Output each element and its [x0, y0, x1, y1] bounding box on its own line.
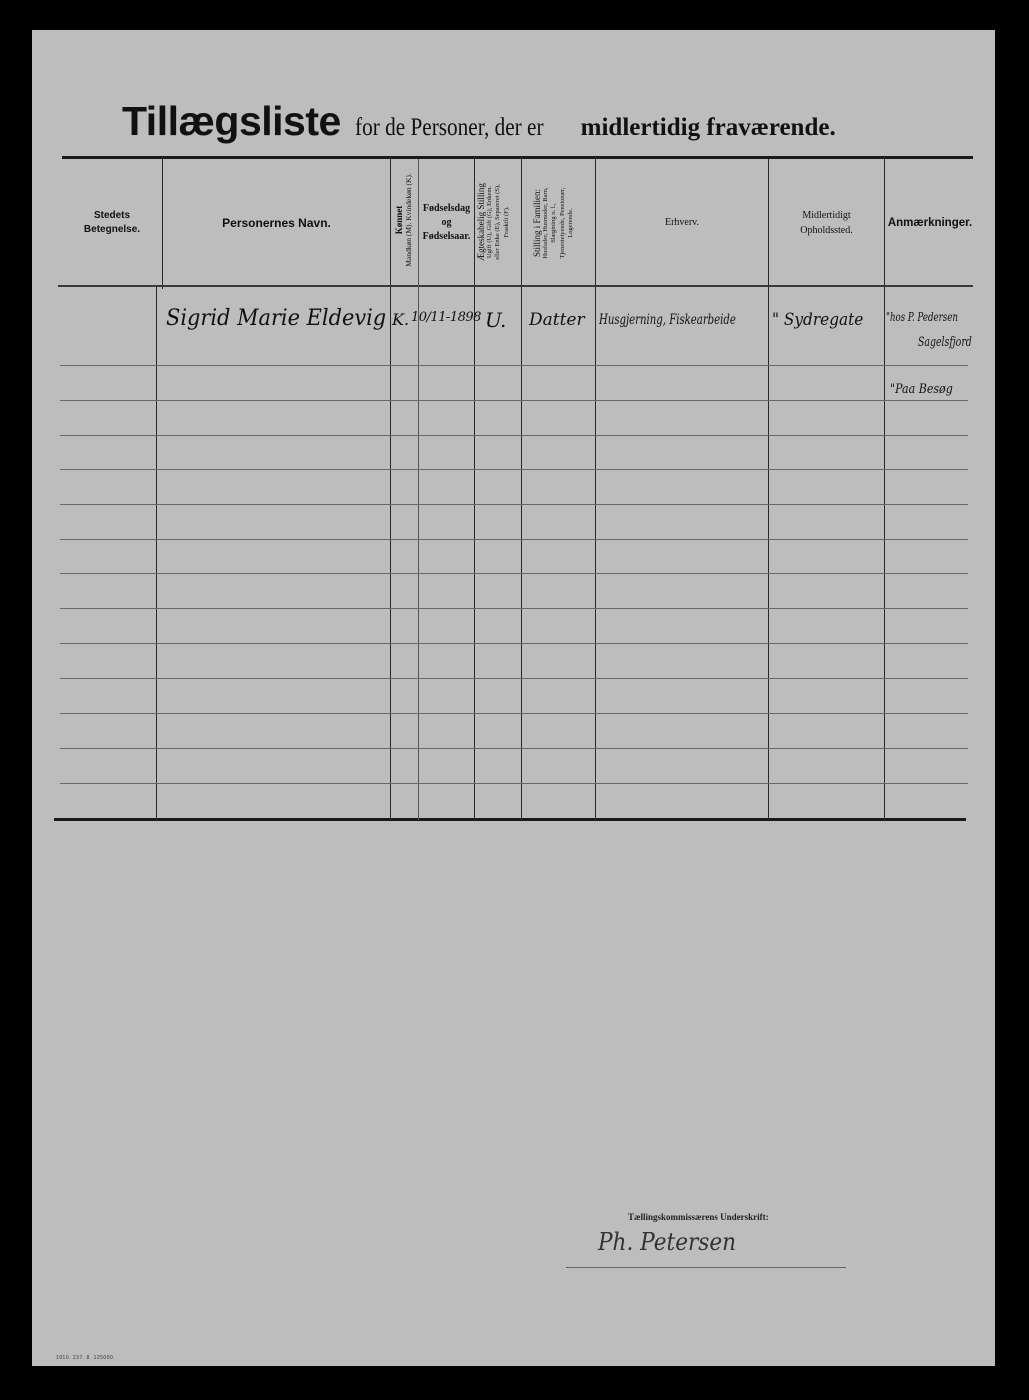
header-bottom-rule	[58, 285, 973, 287]
header-kjonnet: Kønnet Mandkøn (M). Kvindekøn (K).	[394, 160, 418, 280]
signature: Ph. Petersen	[598, 1228, 736, 1256]
cell-fodselsdag: 10/11-1898	[411, 310, 481, 325]
census-form-page: Tillægsliste for de Personer, der er mid…	[32, 30, 995, 1366]
header-label: Mandkøn (M). Kvindekøn (K).	[404, 160, 414, 280]
header-label: Logerende.	[567, 163, 576, 283]
column-divider	[474, 159, 475, 820]
form-title: Tillægsliste for de Personer, der er mid…	[122, 98, 982, 145]
header-label: Stedets	[94, 209, 130, 223]
cell-anmaerkninger-3: "Paa Besøg	[890, 382, 953, 397]
signature-line	[566, 1267, 846, 1268]
header-label: Stilling i Familien:	[533, 163, 542, 283]
row-line	[60, 643, 968, 644]
header-label: Slægtning o. l.,	[550, 163, 559, 283]
header-top-rule	[62, 156, 973, 159]
row-line	[60, 573, 968, 574]
header-label: Tjenestetyende, Pensionær,	[559, 163, 568, 283]
header-aegteskabelig-stilling: Ægteskabelig Stilling Ugift (U), Gift (G…	[477, 162, 517, 282]
signature-label: Tællingskommissærens Underskrift:	[628, 1212, 769, 1222]
header-label: Betegnelse.	[84, 223, 140, 237]
header-anmaerkninger: Anmærkninger.	[885, 160, 975, 285]
header-label: Anmærkninger.	[888, 217, 972, 229]
header-label: Fødselsaar.	[423, 230, 471, 244]
row-line	[60, 678, 968, 679]
header-label: Erhverv.	[665, 217, 699, 228]
cell-aegteskabelig: U.	[485, 308, 506, 332]
row-line	[60, 539, 968, 540]
printer-mark: 1910. 237. 8. 125000.	[56, 1355, 115, 1361]
row-line	[60, 748, 968, 749]
title-subtitle: for de Personer, der er	[355, 114, 544, 142]
header-label: Fødselsdag	[423, 202, 470, 216]
header-label: og	[442, 216, 452, 230]
header-fodselsdag: Fødselsdag og Fødselsaar.	[419, 160, 474, 285]
header-erhverv: Erhverv.	[596, 160, 768, 285]
header-stedets-betegnelse: Stedets Betegnelse.	[62, 160, 162, 285]
cell-kjonnet: K.	[392, 310, 409, 329]
row-line	[60, 435, 968, 436]
cell-stilling-familien: Datter	[529, 310, 585, 330]
row-line	[60, 608, 968, 609]
row-line	[60, 400, 968, 401]
header-label: Opholdssted.	[800, 223, 853, 238]
header-personernes-navn: Personernes Navn.	[163, 160, 390, 285]
row-line	[60, 365, 968, 366]
column-divider	[521, 159, 522, 820]
row-line	[60, 713, 968, 714]
title-emphasis: midlertidig fraværende.	[581, 114, 836, 141]
header-label: Fraskilt (F).	[503, 162, 512, 282]
header-label: Personernes Navn.	[222, 216, 331, 230]
cell-anmaerkninger-2: Sagelsfjord	[918, 335, 972, 350]
header-stilling-familien: Stilling i Familien: Husfader, Husmoder,…	[533, 163, 583, 283]
header-label: Ægteskabelig Stilling	[477, 162, 486, 282]
header-label: Midlertidigt	[802, 208, 850, 223]
cell-navn: Sigrid Marie Eldevig	[166, 306, 386, 331]
row-line	[60, 783, 968, 784]
row-line	[60, 504, 968, 505]
cell-opholdssted: " Sydregate	[772, 310, 863, 330]
header-opholdssted: Midlertidigt Opholdssted.	[769, 160, 884, 285]
header-label: Kønnet	[394, 160, 404, 280]
header-label: Husfader, Husmoder, Barn,	[542, 163, 551, 283]
column-divider	[390, 159, 391, 820]
title-main: Tillægsliste	[122, 98, 341, 144]
column-divider	[156, 287, 157, 820]
header-label: eller Enke (E), Separeret (S),	[494, 162, 503, 282]
header-label: Ugift (U), Gift (G), Enkem.	[486, 162, 495, 282]
cell-anmaerkninger: "hos P. Pedersen	[886, 310, 958, 324]
cell-erhverv: Husgjerning, Fiskearbeide	[599, 312, 736, 328]
table-bottom-rule	[54, 818, 966, 821]
row-line	[60, 469, 968, 470]
